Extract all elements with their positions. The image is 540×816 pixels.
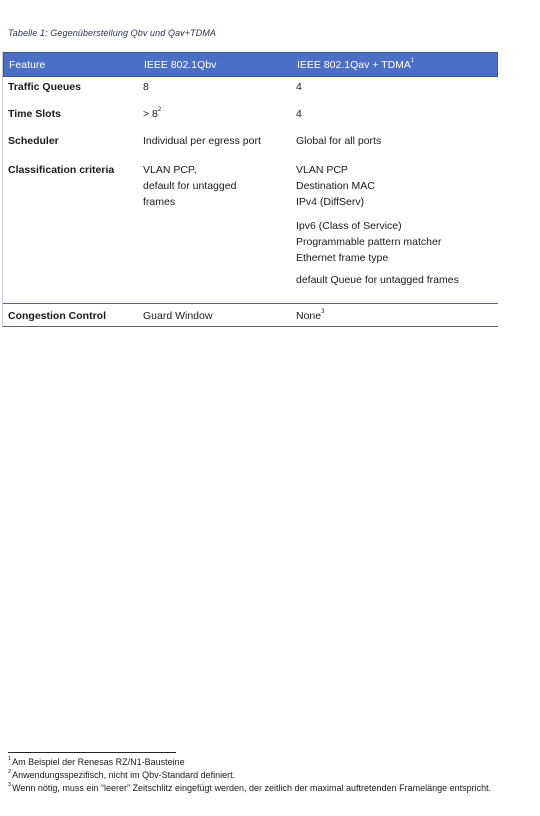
qav-line: Destination MAC (296, 178, 498, 194)
header-qbv: IEEE 802.1Qbv (141, 57, 294, 73)
feature-cell: Classification criteria (3, 162, 140, 303)
feature-cell: Scheduler (3, 133, 140, 155)
qbv-cell: VLAN PCP, default for untagged frames (140, 162, 293, 303)
footnote-3: 3Wenn nötig, muss ein “leerer” Zeitschli… (8, 782, 508, 795)
spacer (296, 210, 498, 218)
table-row: Time Slots > 82 4 (3, 99, 498, 128)
header-feature: Feature (4, 57, 141, 73)
qbv-cell: 8 (140, 79, 293, 99)
table-row: Congestion Control Guard Window None3 (3, 303, 498, 327)
qbv-value: > 8 (143, 108, 158, 120)
qbv-line: frames (143, 194, 293, 210)
header-qav-tdma-label: IEEE 802.1Qav + TDMA (297, 59, 411, 71)
feature-cell: Traffic Queues (3, 79, 140, 99)
footnote-ref: 1 (411, 58, 414, 64)
qbv-cell: Individual per egress port (140, 133, 293, 155)
qav-cell: 4 (293, 79, 498, 99)
footnote-2: 2Anwendungsspezifisch, nicht im Qbv-Stan… (8, 769, 508, 782)
footnote-text: Wenn nötig, muss ein “leerer” Zeitschlit… (12, 783, 491, 793)
footnote-separator (8, 752, 176, 753)
table-caption: Tabelle 1: Gegenüberstellung Qbv und Qav… (8, 28, 216, 38)
footnote-mark: 1 (8, 756, 11, 762)
feature-cell: Time Slots (3, 106, 140, 128)
qav-cell: Global for all ports (293, 133, 498, 155)
qav-line: Ipv6 (Class of Service) (296, 218, 498, 234)
qbv-cell: > 82 (140, 106, 293, 128)
footnote-1: 1Am Beispiel der Renesas RZ/N1-Bausteine (8, 756, 508, 769)
qav-value: None (296, 310, 321, 322)
qbv-cell: Guard Window (140, 308, 293, 326)
table-row: Classification criteria VLAN PCP, defaul… (3, 155, 498, 303)
footnote-mark: 2 (8, 769, 11, 775)
footnote-ref: 2 (158, 107, 161, 113)
footnote-ref: 3 (321, 309, 324, 315)
qbv-line: default for untagged (143, 178, 293, 194)
table-header-row: Feature IEEE 802.1Qbv IEEE 802.1Qav + TD… (3, 52, 498, 77)
footnote-mark: 3 (8, 782, 11, 788)
qav-line: Ethernet frame type (296, 250, 498, 266)
footnote-text: Anwendungsspezifisch, nicht im Qbv-Stand… (12, 770, 235, 780)
qav-cell: 4 (293, 106, 498, 128)
qav-line: IPv4 (DiffServ) (296, 194, 498, 210)
table-row: Traffic Queues 8 4 (3, 77, 498, 99)
qbv-line: VLAN PCP, (143, 162, 293, 178)
qav-cell: None3 (293, 308, 498, 326)
header-qav-tdma: IEEE 802.1Qav + TDMA1 (294, 57, 497, 73)
qav-line: default Queue for untagged frames (296, 272, 498, 288)
qav-cell: VLAN PCP Destination MAC IPv4 (DiffServ)… (293, 162, 498, 303)
comparison-table: Feature IEEE 802.1Qbv IEEE 802.1Qav + TD… (2, 52, 498, 327)
table-row: Scheduler Individual per egress port Glo… (3, 128, 498, 155)
feature-cell: Congestion Control (3, 308, 140, 326)
qav-line: Programmable pattern matcher (296, 234, 498, 250)
qav-line: VLAN PCP (296, 162, 498, 178)
footnotes: 1Am Beispiel der Renesas RZ/N1-Bausteine… (8, 756, 508, 795)
footnote-text: Am Beispiel der Renesas RZ/N1-Bausteine (12, 757, 185, 767)
